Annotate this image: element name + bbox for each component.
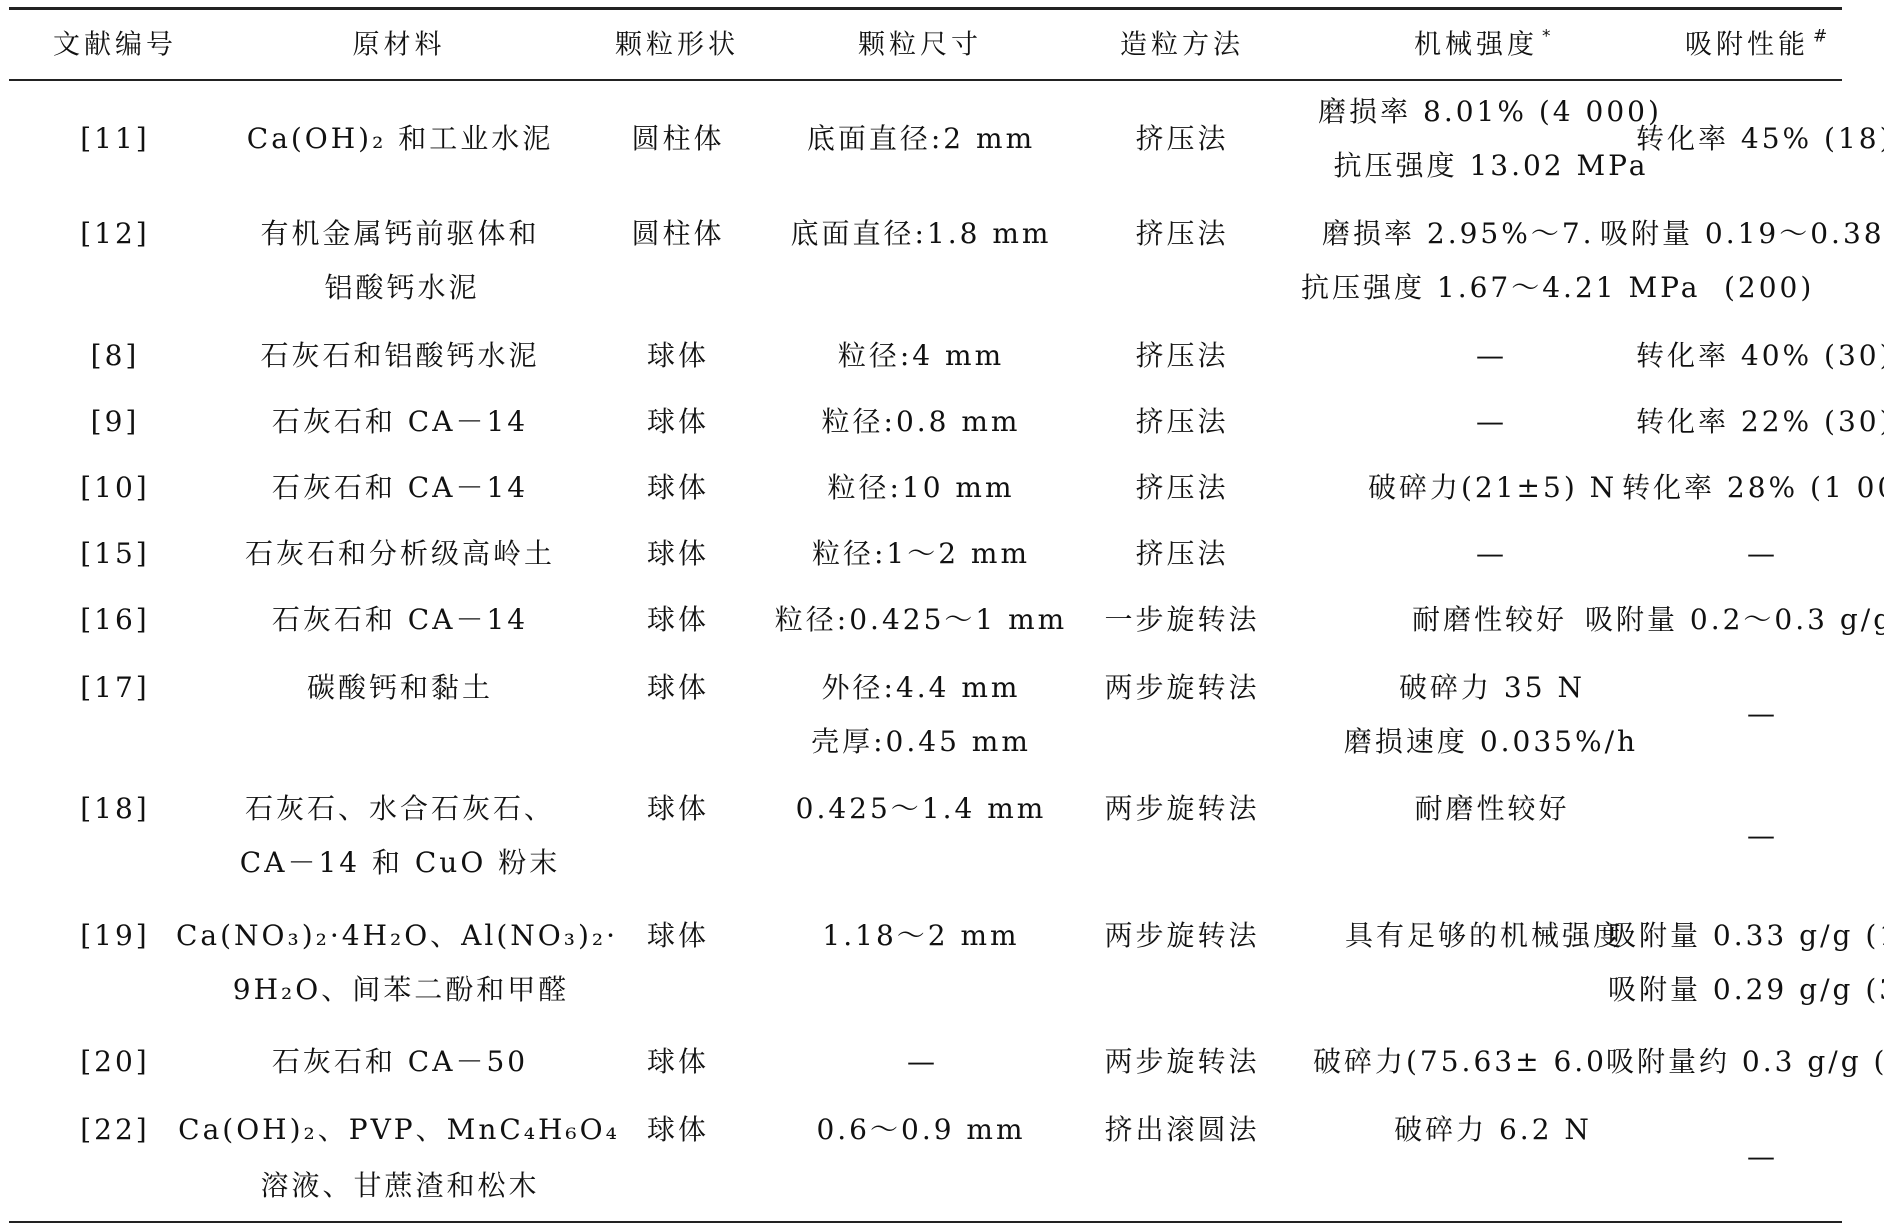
cell-ref: [18]: [80, 795, 149, 823]
header-mechanical-strength: 机械强度*: [1414, 32, 1551, 59]
cell-adsorption: 吸附量 0.2～0.3 g/g: [1585, 606, 1884, 634]
cell-shape: 球体: [647, 1116, 709, 1144]
cell-size: 粒径:0.8 mm: [822, 408, 1021, 436]
cell-ref: [11]: [80, 125, 149, 153]
cell-strength: 抗压强度 13.02 MPa: [1334, 152, 1649, 180]
cell-size: 底面直径:2 mm: [807, 125, 1035, 153]
cell-adsorption: 转化率 22% (30): [1636, 408, 1884, 436]
cell-adsorption: (200): [1724, 274, 1814, 302]
cell-strength: 耐磨性较好: [1414, 795, 1569, 823]
cell-shape: 球体: [647, 606, 709, 634]
footnote-mark-hash: #: [1813, 27, 1827, 47]
cell-strength: 磨损率 8.01% (4 000): [1318, 98, 1662, 126]
cell-adsorption: —: [1747, 540, 1775, 568]
cell-strength: 磨损率 2.95%～7.: [1322, 220, 1595, 248]
cell-method: 挤出滚圆法: [1104, 1116, 1259, 1144]
cell-method: 两步旋转法: [1104, 795, 1259, 823]
cell-material: 有机金属钙前驱体和: [260, 220, 539, 248]
cell-strength: 破碎力(21±5) N: [1368, 474, 1617, 502]
cell-material: 石灰石和分析级高岭土: [245, 540, 555, 568]
cell-ref: [15]: [80, 540, 149, 568]
cell-method: 挤压法: [1135, 125, 1228, 153]
cell-shape: 球体: [647, 342, 709, 370]
cell-ref: [17]: [80, 674, 149, 702]
cell-size: 粒径:0.425～1 mm: [775, 606, 1067, 634]
cell-strength: 破碎力(75.63± 6.0: [1313, 1048, 1607, 1076]
cell-adsorption: —: [1747, 822, 1775, 850]
cell-method: 一步旋转法: [1104, 606, 1259, 634]
cell-size: 0.6～0.9 mm: [816, 1116, 1025, 1144]
cell-shape: 球体: [647, 408, 709, 436]
cell-size: 壳厚:0.45 mm: [811, 728, 1031, 756]
cell-method: 挤压法: [1135, 408, 1228, 436]
header-adsorption-performance-label: 吸附性能: [1685, 30, 1809, 61]
cell-method: 挤压法: [1135, 220, 1228, 248]
cell-material: 石灰石、水合石灰石、: [245, 795, 555, 823]
cell-adsorption: 转化率 40% (30): [1636, 342, 1884, 370]
header-mechanical-strength-label: 机械强度: [1414, 30, 1538, 61]
cell-method: 两步旋转法: [1104, 1048, 1259, 1076]
table-page: 文献编号 原材料 颗粒形状 颗粒尺寸 造粒方法 机械强度* 吸附性能# [11]…: [0, 0, 1884, 1232]
header-particle-shape: 颗粒形状: [615, 32, 739, 59]
cell-material: Ca(NO₃)₂·4H₂O、Al(NO₃)₂·: [176, 922, 618, 950]
table-top-rule: [9, 7, 1842, 10]
cell-material: 碳酸钙和黏土: [307, 674, 493, 702]
cell-adsorption: 吸附量约 0.3 g/g (1: [1606, 1048, 1884, 1076]
cell-adsorption: 吸附量 0.33 g/g (1: [1608, 922, 1884, 950]
cell-strength: 耐磨性较好: [1412, 606, 1567, 634]
cell-strength: —: [1476, 408, 1504, 436]
cell-material: Ca(OH)₂ 和工业水泥: [247, 125, 553, 153]
cell-material: CA－14 和 CuO 粉末: [240, 849, 560, 877]
cell-size: 1.18～2 mm: [822, 922, 1019, 950]
cell-shape: 球体: [647, 922, 709, 950]
cell-method: 两步旋转法: [1104, 674, 1259, 702]
cell-material: 石灰石和 CA－50: [272, 1048, 528, 1076]
cell-material: 石灰石和 CA－14: [272, 408, 528, 436]
cell-size: 底面直径:1.8 mm: [791, 220, 1052, 248]
cell-shape: 球体: [647, 540, 709, 568]
cell-shape: 圆柱体: [631, 125, 724, 153]
cell-size: —: [907, 1048, 935, 1076]
cell-material: 石灰石和铝酸钙水泥: [260, 342, 539, 370]
cell-shape: 球体: [647, 795, 709, 823]
cell-ref: [8]: [91, 342, 140, 370]
cell-material: Ca(OH)₂、PVP、MnC₄H₆O₄: [178, 1116, 620, 1144]
cell-ref: [19]: [80, 922, 149, 950]
cell-adsorption: —: [1747, 1143, 1775, 1171]
cell-strength: 抗压强度 1.67～4.21 MPa: [1301, 274, 1700, 302]
cell-strength: 破碎力 35 N: [1399, 674, 1585, 702]
cell-adsorption: —: [1747, 700, 1775, 728]
cell-strength: 磨损速度 0.035%/h: [1344, 728, 1638, 756]
header-particle-size: 颗粒尺寸: [858, 32, 982, 59]
cell-shape: 圆柱体: [631, 220, 724, 248]
cell-shape: 球体: [647, 1048, 709, 1076]
cell-size: 外径:4.4 mm: [822, 674, 1021, 702]
footnote-mark-asterisk: *: [1542, 27, 1551, 47]
table-bottom-rule: [9, 1221, 1842, 1223]
cell-size: 粒径:10 mm: [827, 474, 1014, 502]
cell-material: 9H₂O、间苯二酚和甲醛: [233, 976, 569, 1004]
cell-shape: 球体: [647, 674, 709, 702]
header-raw-material: 原材料: [353, 32, 446, 59]
cell-method: 挤压法: [1135, 540, 1228, 568]
cell-method: 挤压法: [1135, 342, 1228, 370]
cell-material: 溶液、甘蔗渣和松木: [260, 1172, 539, 1200]
cell-ref: [9]: [91, 408, 140, 436]
cell-ref: [20]: [80, 1048, 149, 1076]
cell-size: 粒径:1～2 mm: [812, 540, 1030, 568]
cell-ref: [22]: [80, 1116, 149, 1144]
cell-size: 粒径:4 mm: [838, 342, 1004, 370]
cell-adsorption: 转化率 45% (18): [1636, 125, 1884, 153]
cell-material: 铝酸钙水泥: [324, 274, 479, 302]
cell-strength: —: [1476, 342, 1504, 370]
cell-method: 两步旋转法: [1104, 922, 1259, 950]
table-header-rule: [9, 79, 1842, 81]
cell-ref: [12]: [80, 220, 149, 248]
cell-material: 石灰石和 CA－14: [272, 474, 528, 502]
cell-size: 0.425～1.4 mm: [796, 795, 1047, 823]
cell-shape: 球体: [647, 474, 709, 502]
cell-method: 挤压法: [1135, 474, 1228, 502]
cell-ref: [10]: [80, 474, 149, 502]
cell-ref: [16]: [80, 606, 149, 634]
header-adsorption-performance: 吸附性能#: [1685, 32, 1827, 59]
cell-material: 石灰石和 CA－14: [272, 606, 528, 634]
cell-strength: 具有足够的机械强度: [1345, 922, 1624, 950]
cell-adsorption: 转化率 28% (1 000: [1622, 474, 1884, 502]
header-granulation-method: 造粒方法: [1120, 32, 1244, 59]
cell-strength: —: [1476, 540, 1504, 568]
cell-adsorption: 吸附量 0.29 g/g (3: [1608, 976, 1884, 1004]
header-ref-number: 文献编号: [53, 32, 177, 59]
cell-adsorption: 吸附量 0.19～0.38 g: [1600, 220, 1884, 248]
cell-strength: 破碎力 6.2 N: [1394, 1116, 1592, 1144]
